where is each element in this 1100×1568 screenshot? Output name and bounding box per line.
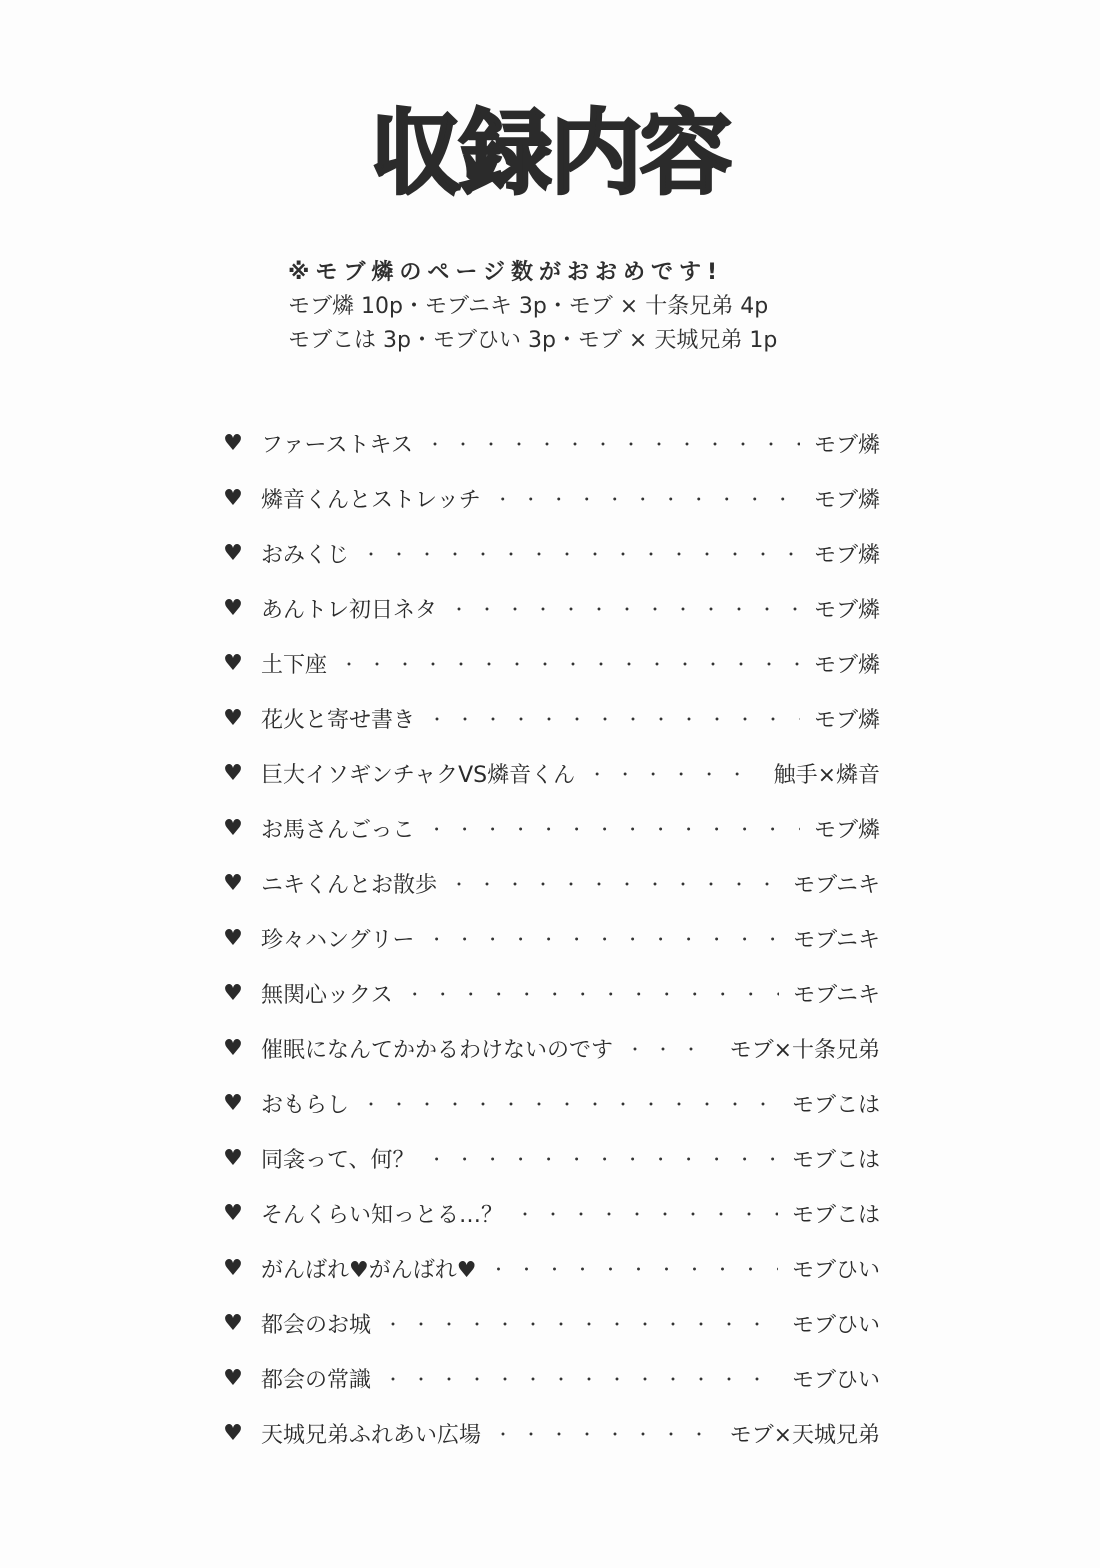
dot-leader [429,927,780,950]
dot-leader [495,487,800,510]
toc-row: ♥都会のお城モブひい [222,1296,880,1351]
story-title: お馬さんごっこ [261,813,415,844]
dot-leader [495,1422,716,1445]
story-title: 土下座 [261,648,327,679]
heart-icon: ♥ [222,1146,244,1171]
toc-row: ♥花火と寄せ書きモブ燐 [222,691,880,746]
story-pairing: モブひい [792,1253,880,1284]
story-pairing: モブ燐 [814,813,880,844]
heart-icon: ♥ [222,596,244,621]
story-pairing: モブ×十条兄弟 [730,1033,880,1064]
dot-leader [385,1367,778,1390]
story-title: 同衾って、何？ [261,1143,415,1174]
toc-row: ♥土下座モブ燐 [222,636,880,691]
toc-row: ♥催眠になんてかかるわけないのですモブ×十条兄弟 [222,1021,880,1076]
story-pairing: モブ燐 [814,703,880,734]
toc-row: ♥ニキくんとお散歩モブニキ [222,856,880,911]
dot-leader [451,872,779,895]
dot-leader [490,1257,778,1280]
heart-icon: ♥ [222,761,244,786]
story-pairing: モブこは [792,1088,880,1119]
notes-headline: ※モブ燐のページ数がおおめです! [288,256,828,290]
heart-icon: ♥ [222,1201,244,1226]
dot-leader [517,1202,778,1225]
heart-icon: ♥ [222,431,244,456]
story-title: 無関心ックス [261,978,393,1009]
heart-icon: ♥ [222,1036,244,1061]
dot-leader [427,432,800,455]
story-pairing: モブ燐 [814,538,880,569]
toc-row: ♥燐音くんとストレッチモブ燐 [222,471,880,526]
story-pairing: 触手×燐音 [774,758,880,789]
story-title: がんばれ♥がんばれ♥ [261,1253,476,1284]
toc-row: ♥がんばれ♥がんばれ♥モブひい [222,1241,880,1296]
story-pairing: モブ燐 [814,428,880,459]
toc-row: ♥おみくじモブ燐 [222,526,880,581]
heart-icon: ♥ [222,1311,244,1336]
toc-row: ♥同衾って、何？モブこは [222,1131,880,1186]
dot-leader [451,597,800,620]
story-title: 都会の常識 [261,1363,371,1394]
story-pairing: モブ燐 [814,483,880,514]
story-pairing: モブ燐 [814,593,880,624]
story-pairing: モブ×天城兄弟 [730,1418,880,1449]
toc-row: ♥珍々ハングリーモブニキ [222,911,880,966]
story-pairing: モブ燐 [814,648,880,679]
heart-icon: ♥ [222,926,244,951]
toc-row: ♥そんくらい知っとる…？モブこは [222,1186,880,1241]
dot-leader [429,817,800,840]
dot-leader [589,762,759,785]
dot-leader [363,542,800,565]
page-count-notes: ※モブ燐のページ数がおおめです! モブ燐 10p・モブニキ 3p・モブ × 十条… [288,256,828,358]
toc-row: ♥おもらしモブこは [222,1076,880,1131]
toc-row: ♥巨大イソギンチャクVS燐音くん触手×燐音 [222,746,880,801]
dot-leader [385,1312,778,1335]
toc-row: ♥あんトレ初日ネタモブ燐 [222,581,880,636]
dot-leader [429,707,800,730]
notes-line-2: モブこは 3p・モブひい 3p・モブ × 天城兄弟 1p [288,324,828,358]
story-pairing: モブこは [792,1143,880,1174]
story-title: 天城兄弟ふれあい広場 [261,1418,481,1449]
story-pairing: モブニキ [793,868,880,899]
heart-icon: ♥ [222,1366,244,1391]
story-title: 催眠になんてかかるわけないのです [261,1033,613,1064]
story-pairing: モブこは [792,1198,880,1229]
heart-icon: ♥ [222,1421,244,1446]
toc-row: ♥お馬さんごっこモブ燐 [222,801,880,856]
story-title: 燐音くんとストレッチ [261,483,481,514]
dot-leader [407,982,779,1005]
heart-icon: ♥ [222,486,244,511]
toc-row: ♥都会の常識モブひい [222,1351,880,1406]
toc-row: ♥ファーストキスモブ燐 [222,416,880,471]
story-title: 珍々ハングリー [261,923,415,954]
story-title: ニキくんとお散歩 [261,868,437,899]
story-title: 都会のお城 [261,1308,371,1339]
heart-icon: ♥ [222,816,244,841]
toc-row: ♥天城兄弟ふれあい広場モブ×天城兄弟 [222,1406,880,1461]
dot-leader [363,1092,778,1115]
page-title: 収録内容 [0,108,1100,200]
heart-icon: ♥ [222,541,244,566]
story-title: 花火と寄せ書き [261,703,415,734]
story-pairing: モブニキ [793,978,880,1009]
toc-row: ♥無関心ックスモブニキ [222,966,880,1021]
story-pairing: モブひい [792,1363,880,1394]
story-title: 巨大イソギンチャクVS燐音くん [261,758,575,789]
table-of-contents: ♥ファーストキスモブ燐 ♥燐音くんとストレッチモブ燐 ♥おみくじモブ燐 ♥あんト… [222,416,880,1461]
story-title: ファーストキス [261,428,413,459]
story-title: そんくらい知っとる…？ [261,1198,503,1229]
story-title: あんトレ初日ネタ [261,593,437,624]
story-title: おみくじ [261,538,349,569]
dot-leader [341,652,800,675]
dot-leader [627,1037,716,1060]
story-title: おもらし [261,1088,349,1119]
heart-icon: ♥ [222,1256,244,1281]
heart-icon: ♥ [222,871,244,896]
heart-icon: ♥ [222,1091,244,1116]
heart-icon: ♥ [222,981,244,1006]
heart-icon: ♥ [222,651,244,676]
story-pairing: モブひい [792,1308,880,1339]
notes-line-1: モブ燐 10p・モブニキ 3p・モブ × 十条兄弟 4p [288,290,828,324]
heart-icon: ♥ [222,706,244,731]
dot-leader [429,1147,778,1170]
story-pairing: モブニキ [793,923,880,954]
